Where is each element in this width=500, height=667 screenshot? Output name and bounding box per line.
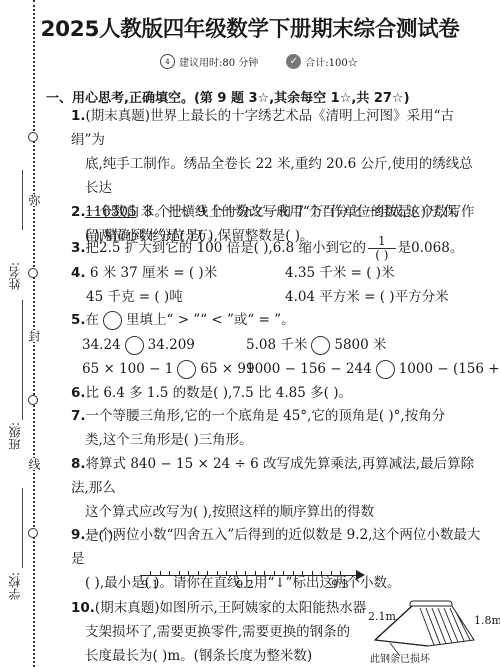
conversion-item[interactable]: 6 米 37 厘米 = ( )米 xyxy=(90,265,217,281)
question-4-item-4[interactable]: 4.04 平方米 = ( )平方分米 xyxy=(285,287,449,307)
class-field-line[interactable] xyxy=(22,300,23,420)
question-3: 3.把2.5 扩大到它的 100 倍是( ),6.8 缩小到它的1( )是0.0… xyxy=(71,233,486,263)
fraction[interactable]: 1( ) xyxy=(368,235,396,262)
score-text: 合计:100☆ xyxy=(305,54,357,69)
compare-circle-input[interactable] xyxy=(177,360,196,379)
question-text[interactable]: 类,这个三角形是( )三角形。 xyxy=(71,428,486,452)
number-line-tick xyxy=(150,571,151,575)
question-text[interactable]: 一个等腰三角形,它的一个底角是 45°,它的顶角是( )°,按角分 xyxy=(86,408,446,424)
question-number: 1. xyxy=(71,108,86,124)
time-text: 建议用时:80 分钟 xyxy=(179,54,258,69)
question-text[interactable]: 把2.5 扩大到它的 100 倍是( ),6.8 缩小到它的 xyxy=(86,240,367,256)
question-number: 7. xyxy=(71,408,86,424)
right-length-label: 1.8m xyxy=(474,614,500,627)
number-line-tick xyxy=(293,571,294,575)
number-line-tick xyxy=(331,571,332,575)
exam-title: 2025人教版四年级数学下册期末综合测试卷 xyxy=(0,12,500,43)
number-line-tick xyxy=(179,571,180,575)
question-text: 支架损坏了,需要更换零件,需要更换的钢条的 xyxy=(71,620,371,644)
number-line-tick xyxy=(226,571,227,575)
left-length-label: 2.1m xyxy=(368,610,396,623)
number-line-tick xyxy=(264,571,265,575)
school-field-line[interactable] xyxy=(22,488,23,568)
number-line-tick xyxy=(236,571,237,575)
solar-heater-diagram: 2.1m 1.8m 此钢条已损坏 xyxy=(370,598,500,664)
number-line-tick xyxy=(321,571,322,575)
number-line-tick xyxy=(283,571,284,575)
class-label: 班级: xyxy=(8,422,22,450)
number-line-tick xyxy=(302,571,303,575)
comparison-2: 5.08 千米5800 米 xyxy=(246,335,387,355)
comparison-1: 34.2434.209 xyxy=(82,335,195,355)
question-text: (期末真题)如图所示,王阿姨家的太阳能热水器 xyxy=(95,600,366,616)
question-text: 一个数由 3 个十、9 个十分之一和 7 个百分之一组成,这个数写作 xyxy=(86,204,475,220)
compare-circle-input[interactable] xyxy=(311,336,330,355)
number-line-tick xyxy=(188,571,189,575)
question-text: 将算式 840 − 15 × 24 ÷ 6 改写成先算乘法,再算减法,最后算除法… xyxy=(71,456,474,496)
question-text[interactable]: 这个算式应改写为( ),按照这样的顺序算出的得数 xyxy=(71,500,486,524)
question-number: 10. xyxy=(71,600,95,616)
exam-meta: 4 建议用时:80 分钟 ✓ 合计:100☆ xyxy=(160,54,386,69)
question-text[interactable]: 长度最长为( )m。(钢条长度为整米数) xyxy=(71,644,371,667)
seal-char-feng: 封 xyxy=(28,330,40,342)
number-line-tick xyxy=(207,571,208,575)
circle-icon xyxy=(103,311,122,330)
check-circle-icon: ✓ xyxy=(286,54,301,69)
number-line-tick xyxy=(169,571,170,575)
question-number: 6. xyxy=(71,385,86,401)
number-line-label: 9.1 xyxy=(141,578,159,591)
name-field-line[interactable] xyxy=(22,170,23,230)
binding-hole-marker xyxy=(28,132,38,142)
question-text[interactable]: 比 6.4 多 1.5 的数是( ),7.5 比 4.85 多( )。 xyxy=(86,385,352,401)
question-text: (期末真题)世界上最长的十字绣艺术品《清明上河图》采用“古绢”为 xyxy=(71,108,454,148)
question-5-prompt: 5.在里填上“ > ”“ < ”或“ = ”。 xyxy=(71,310,295,330)
stopwatch-icon: 4 xyxy=(160,54,175,69)
number-line-tick xyxy=(217,571,218,575)
school-label: 学校: xyxy=(8,572,22,600)
arrow-right-icon xyxy=(356,570,365,580)
comparison-4: 1000 − 156 − 2441000 − (156 + 244) xyxy=(246,359,500,379)
seal-char-xian: 线 xyxy=(28,458,40,470)
question-4-row-1: 4. 6 米 37 厘米 = ( )米 xyxy=(71,263,217,283)
question-number: 3. xyxy=(71,240,86,256)
binding-hole-marker xyxy=(28,268,38,278)
binding-hole-marker xyxy=(28,395,38,405)
number-line-label: 9.3 xyxy=(331,578,349,591)
broken-bar-caption: 此钢条已损坏 xyxy=(370,650,430,665)
question-text: 一个两位小数“四舍五入”后得到的近似数是 9.2,这个两位小数最大是 xyxy=(71,527,480,567)
question-text: 底,纯手工制作。绣品全卷长 22 米,重约 20.6 公斤,使用的绣线总长达 xyxy=(71,152,486,200)
number-line-tick xyxy=(160,571,161,575)
number-line-tick xyxy=(312,571,313,575)
question-number: 8. xyxy=(71,456,86,472)
number-line-tick xyxy=(340,571,341,575)
question-4-item-3[interactable]: 45 千克 = ( )吨 xyxy=(86,287,183,307)
number-line-tick xyxy=(245,571,246,575)
comparison-3: 65 × 100 − 165 × 99 xyxy=(82,359,255,379)
number-line-tick xyxy=(198,571,199,575)
question-4-item-2[interactable]: 4.35 千米 = ( )米 xyxy=(285,263,395,283)
number-line-tick xyxy=(274,571,275,575)
seal-char-mi: 弥 xyxy=(28,194,40,206)
question-6: 6.比 6.4 多 1.5 的数是( ),7.5 比 4.85 多( )。 xyxy=(71,381,486,405)
question-7: 7.一个等腰三角形,它的一个底角是 45°,它的顶角是( )°,按角分 类,这个… xyxy=(71,404,486,452)
name-label: 姓名: xyxy=(8,262,22,290)
compare-circle-input[interactable] xyxy=(125,336,144,355)
question-number: 9. xyxy=(71,527,86,543)
question-number: 5. xyxy=(71,312,86,328)
compare-circle-input[interactable] xyxy=(376,360,395,379)
question-text: 是0.068。 xyxy=(398,240,464,256)
question-number: 2. xyxy=(71,204,86,220)
number-line-tick xyxy=(255,571,256,575)
question-10: 10.(期末真题)如图所示,王阿姨家的太阳能热水器 支架损坏了,需要更换零件,需… xyxy=(71,596,371,667)
binding-hole-marker xyxy=(28,528,38,538)
number-line-label: 9.2 xyxy=(236,578,254,591)
question-number: 4. xyxy=(71,265,86,281)
number-line-axis xyxy=(140,575,358,576)
